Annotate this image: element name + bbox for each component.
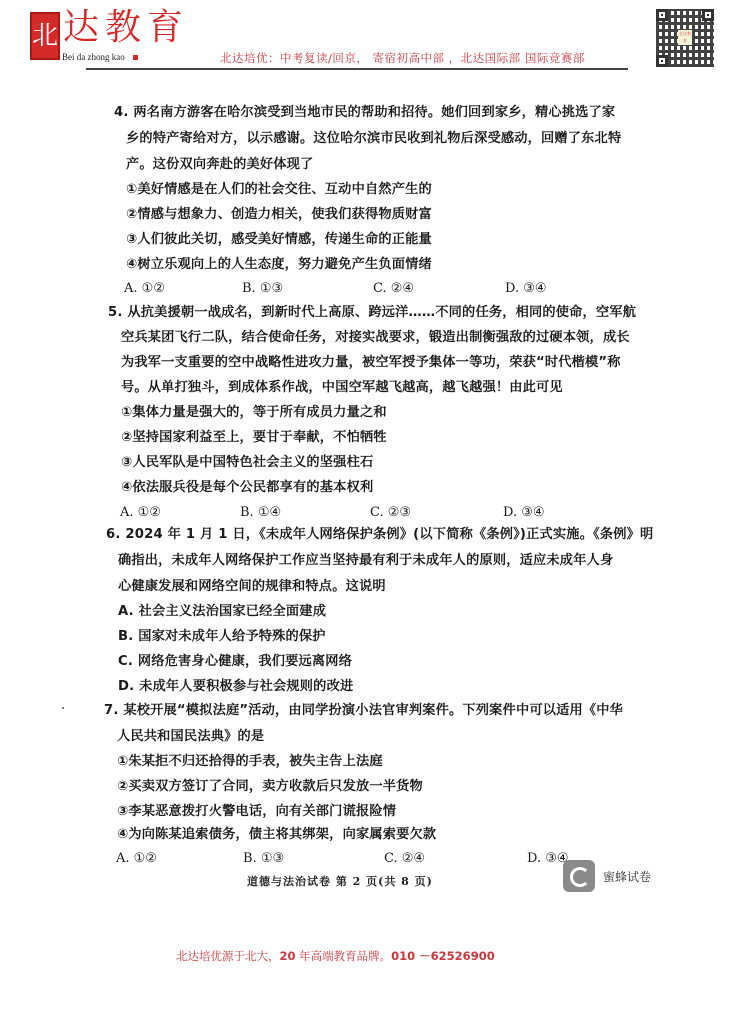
answer-option-a: A. ①② [120,504,161,522]
question-stem-line: 心健康发展和网络空间的规律和特点。这说明 [118,578,386,596]
brand-logo-text: 达教育 [63,8,189,48]
header-tagline: 北达培优：中考复读/回京， 寄宿初高中部 ，北达国际部 国际竞赛部 [220,50,585,66]
answer-option-b: B. ①④ [240,504,281,522]
ad-text: 北达培优源于北大， [176,949,280,963]
question-stem-line: 乡的特产寄给对方，以示感谢。这位哈尔滨市民收到礼物后深受感动，回赠了东北特 [126,130,621,148]
statement: ②买卖双方签订了合同，卖方收款后只发放一半货物 [117,778,423,796]
ring-icon [570,867,590,887]
statement: ④依法服兵役是每个公民都享有的基本权利 [121,479,373,497]
question-stem-line: 5. 从抗美援朝一战成名，到新时代上高原、跨远洋……不同的任务，相同的使命，空军… [108,304,636,322]
answer-option-d: D. ③④ [505,280,547,298]
ad-text: 年高端教育品牌。 [296,949,392,963]
header-divider [86,68,628,70]
answer-option-d: D. ③④ [503,504,545,522]
statement: ③人们彼此关切，感受美好情感，传递生命的正能量 [126,231,432,249]
question-stem-line: 空兵某团飞行二队，结合使命任务，对接实战要求，锻造出制衡强敌的过硬本领，成长 [121,329,630,347]
answer-choice-d: D. 未成年人要积极参与社会规则的改进 [118,678,353,696]
question-stem-line: 4. 两名南方游客在哈尔滨受到当地市民的帮助和招待。她们回到家乡，精心挑选了家 [114,104,615,122]
statement: ③李某恶意拨打火警电话，向有关部门谎报险情 [117,803,396,821]
qr-finder-icon [656,9,668,21]
ad-years: 20 [280,949,296,963]
answer-choice-a: A. 社会主义法治国家已经全面建成 [118,603,326,621]
answer-option-c: C. ②④ [373,280,414,298]
footer-advertisement: 北达培优源于北大，20 年高端教育品牌。010 －62526900 [176,948,495,964]
answer-choice-c: C. 网络危害身心健康，我们要远离网络 [118,653,352,671]
ad-phone: 010 －62526900 [391,949,495,963]
answer-option-a: A. ①② [124,280,165,298]
brand-subtitle-text: Bei da zhong kao [62,52,125,62]
answer-option-a: A. ①② [116,850,157,868]
statement: ②情感与想象力、创造力相关，使我们获得物质财富 [126,206,432,224]
question-stem-line: 产。这份双向奔赴的美好体现了 [126,156,313,174]
brand-subtitle: Bei da zhong kao [62,52,138,62]
page-header: 北 达教育 Bei da zhong kao 北达培优：中考复读/回京， 寄宿初… [0,0,753,80]
answer-option-c: C. ②③ [370,504,411,522]
question-stem-line: 人民共和国民法典》的是 [117,728,264,746]
answer-option-b: B. ①③ [242,280,283,298]
answer-choice-b: B. 国家对未成年人给予特殊的保护 [118,628,326,646]
question-stem-line: 7. 某校开展“模拟法庭”活动，由同学扮演小法官审判案件。下列案件中可以适用《中… [104,702,623,720]
answer-option-c: C. ②④ [384,850,425,868]
scan-artifact-dot [62,707,64,709]
statement: ①集体力量是强大的，等于所有成员力量之和 [121,404,387,422]
statement: ①朱某拒不归还拾得的手表，被失主告上法庭 [117,753,383,771]
question-stem-line: 号。从单打独斗，到成体系作战，中国空军越飞越高，越飞越强！由此可见 [121,379,563,397]
question-stem-line: 6. 2024 年 1 月 1 日，《未成年人网络保护条例》(以下简称《条例》)… [106,526,653,544]
qr-finder-icon [656,55,668,67]
statement: ④为向陈某追索债务，债主将其绑架，向家属索要欠款 [117,826,436,844]
app-logo-icon [563,860,595,892]
answer-option-b: B. ①③ [243,850,284,868]
brand-dot-icon [133,55,138,60]
question-stem-line: 确指出，未成年人网络保护工作应当坚持最有利于未成年人的原则，适应未成年人身 [118,552,613,570]
statement: ②坚持国家利益至上，要甘于奉献，不怕牺牲 [121,429,387,447]
qr-code-icon: 北达教育 [656,9,714,67]
watermark-label: 蜜蜂试卷 [603,868,651,885]
statement: ④树立乐观向上的人生态度，努力避免产生负面情绪 [126,256,432,274]
brand-logo-mark: 北 [30,12,60,60]
page-number-label: 道德与法治试卷 第 2 页(共 8 页) [247,873,433,889]
statement: ①美好情感是在人们的社会交往、互动中自然产生的 [126,181,432,199]
qr-center-badge: 北达教育 [678,30,692,45]
qr-finder-icon [702,9,714,21]
question-stem-line: 为我军一支重要的空中战略性进攻力量，被空军授予集体一等功，荣获“时代楷模”称 [121,354,621,372]
statement: ③人民军队是中国特色社会主义的坚强柱石 [121,454,373,472]
